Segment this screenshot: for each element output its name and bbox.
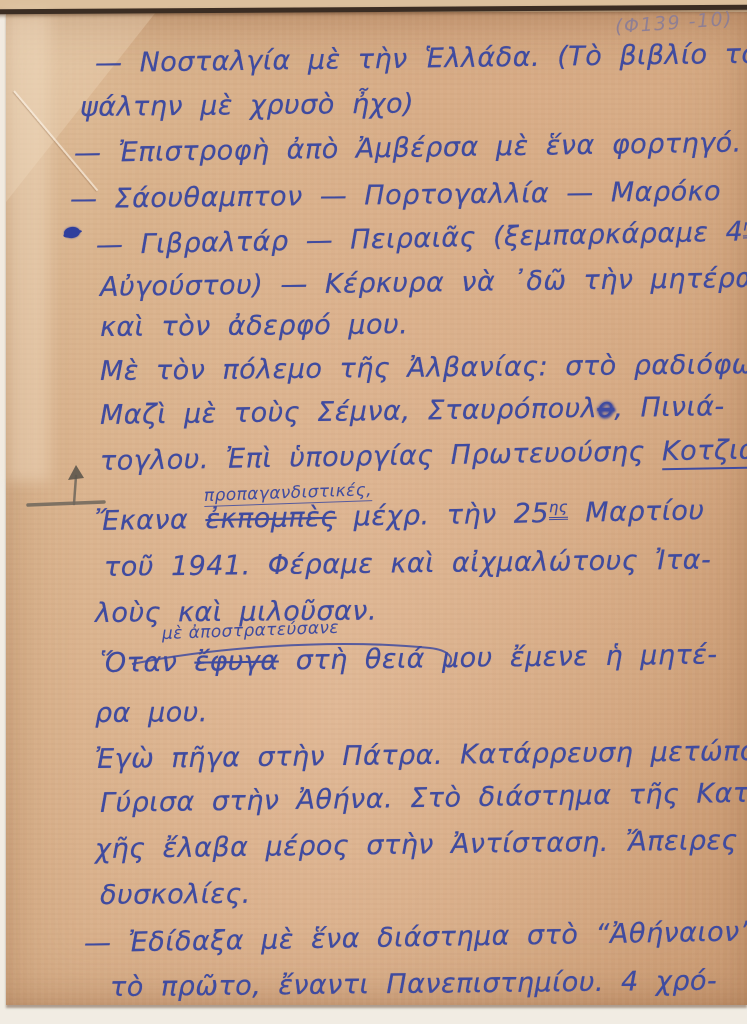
handwritten-line: Μὲ τὸν πόλεμο τῆς Ἀλβανίας: στὸ ραδιόφων… [100, 349, 747, 387]
handwritten-line: καὶ τὸν ἀδερφό μου. [100, 309, 408, 343]
line-text: Ὅταν [100, 647, 195, 679]
handwritten-line: τὸ πρῶτο, ἔναντι Πανεπιστημίου. 4 χρό- [110, 966, 718, 1003]
handwritten-line: δυσκολίες. [100, 879, 251, 911]
handwritten-line: ψάλτην μὲ χρυσὸ ἦχο) [80, 89, 414, 124]
scribbled-letter: ο [597, 393, 614, 424]
line-text: στὴ θειά μου ἔμενε ἡ μητέ- [279, 639, 718, 676]
scanned-manuscript-page: (Φ139 -10) — Νοσταλγία μὲ τὴν Ἑλλάδα. (Τ… [0, 0, 747, 1024]
struck-word: ἐκπομπὲς [205, 502, 337, 535]
line-text: , Πινιά- [614, 391, 725, 424]
underlined-name: Κοτζιά [662, 435, 747, 471]
line-text: μέχρ. τὴν 25 [336, 498, 549, 533]
line-text: Ἔκανα [95, 504, 206, 537]
struck-word: ἔφυγα [194, 646, 279, 678]
ordinal-superscript: ης [743, 216, 747, 238]
line-text: Μαρτίου [568, 495, 705, 528]
handwritten-line: ρα μου. [95, 697, 208, 729]
ordinal-superscript: ης [549, 498, 569, 520]
